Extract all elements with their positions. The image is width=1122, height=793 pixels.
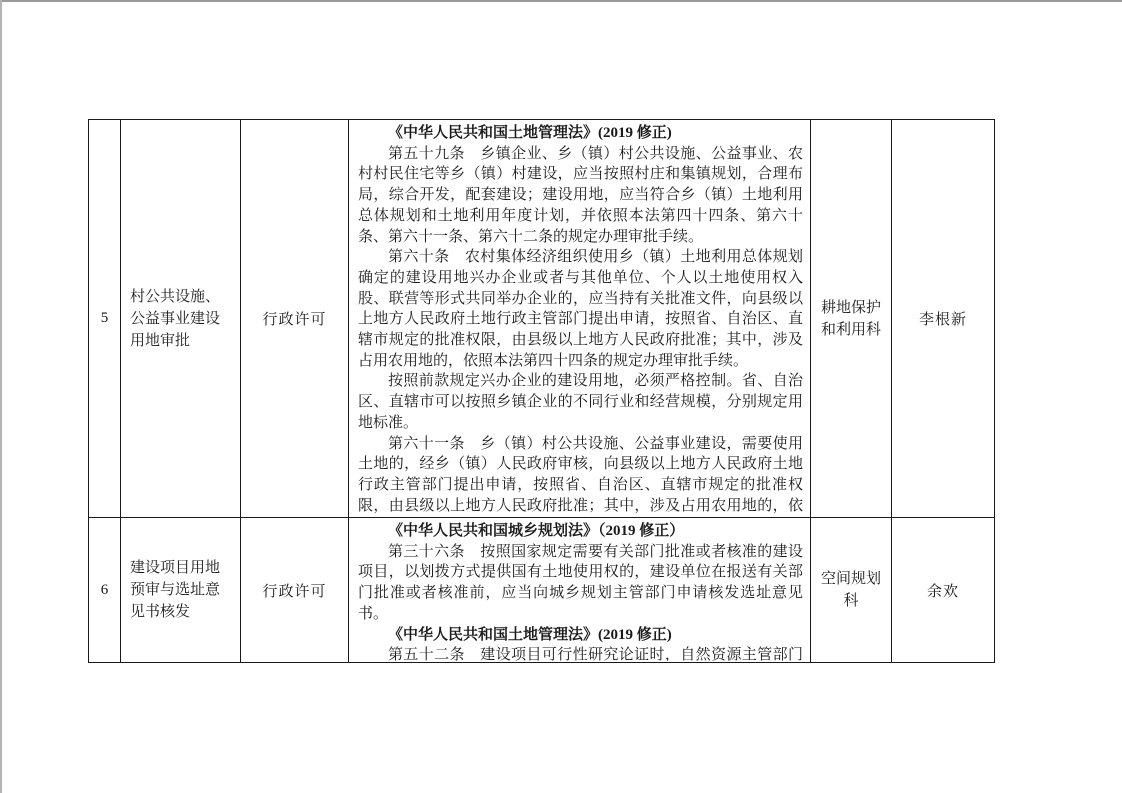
law-article: 第六十条 农村集体经济组织使用乡（镇）土地利用总体规划确定的建设用地兴办企业或者… (358, 247, 803, 371)
item-type-cell: 行政许可 (241, 120, 349, 518)
item-name-cell: 村公共设施、公益事业建设用地审批 (121, 120, 241, 518)
person-name: 余欢 (927, 584, 959, 600)
page-top-edge-line (0, 0, 1122, 2)
legal-basis-content: 《中华人民共和国土地管理法》(2019 修正) 第五十九条 乡镇企业、乡（镇）村… (349, 121, 810, 516)
law-article: 第三十六条 按照国家规定需要有关部门批准或者核准的建设项目，以划拨方式提供国有土… (358, 542, 803, 625)
law-title: 《中华人民共和国城乡规划法》（2019 修正） (358, 521, 803, 542)
law-article: 第六十一条 乡（镇）村公共设施、公益事业建设，需要使用土地的，经乡（镇）人民政府… (358, 434, 803, 516)
department-name: 空间规划科 (821, 571, 881, 609)
law-title: 《中华人民共和国土地管理法》(2019 修正) (358, 625, 803, 646)
department-cell: 耕地保护和利用科 (811, 120, 892, 518)
table-row: 6 建设项目用地预审与选址意见书核发 行政许可 《中华人民共和国城乡规划法》（2… (89, 518, 995, 663)
table-row: 5 村公共设施、公益事业建设用地审批 行政许可 《中华人民共和国土地管理法》(2… (89, 120, 995, 518)
item-name: 村公共设施、公益事业建设用地审批 (130, 289, 220, 349)
row-number: 6 (101, 582, 109, 598)
item-name: 建设项目用地预审与选址意见书核发 (130, 560, 220, 620)
item-name-cell: 建设项目用地预审与选址意见书核发 (121, 518, 241, 663)
row-number-cell: 5 (89, 120, 121, 518)
approval-items-table: 5 村公共设施、公益事业建设用地审批 行政许可 《中华人民共和国土地管理法》(2… (88, 119, 995, 663)
item-type: 行政许可 (262, 584, 326, 600)
legal-basis-content: 《中华人民共和国城乡规划法》（2019 修正） 第三十六条 按照国家规定需要有关… (349, 519, 810, 661)
page-left-edge-line (0, 0, 2, 793)
item-type-cell: 行政许可 (241, 518, 349, 663)
person-name: 李根新 (919, 312, 967, 328)
law-article: 第五十二条 建设项目可行性研究论证时，自然资源主管部门可以根据土地利用总体规划、… (358, 645, 803, 661)
row-number: 5 (101, 310, 109, 326)
law-title: 《中华人民共和国土地管理法》(2019 修正) (358, 123, 803, 144)
law-article: 第五十九条 乡镇企业、乡（镇）村公共设施、公益事业、农村村民住宅等乡（镇）村建设… (358, 144, 803, 248)
item-type: 行政许可 (262, 312, 326, 328)
legal-basis-cell: 《中华人民共和国城乡规划法》（2019 修正） 第三十六条 按照国家规定需要有关… (349, 518, 811, 663)
person-cell: 李根新 (892, 120, 995, 518)
person-cell: 余欢 (892, 518, 995, 663)
legal-basis-cell: 《中华人民共和国土地管理法》(2019 修正) 第五十九条 乡镇企业、乡（镇）村… (349, 120, 811, 518)
department-name: 耕地保护和利用科 (821, 300, 881, 338)
department-cell: 空间规划科 (811, 518, 892, 663)
row-number-cell: 6 (89, 518, 121, 663)
law-article: 按照前款规定兴办企业的建设用地，必须严格控制。省、自治区、直辖市可以按照乡镇企业… (358, 371, 803, 433)
